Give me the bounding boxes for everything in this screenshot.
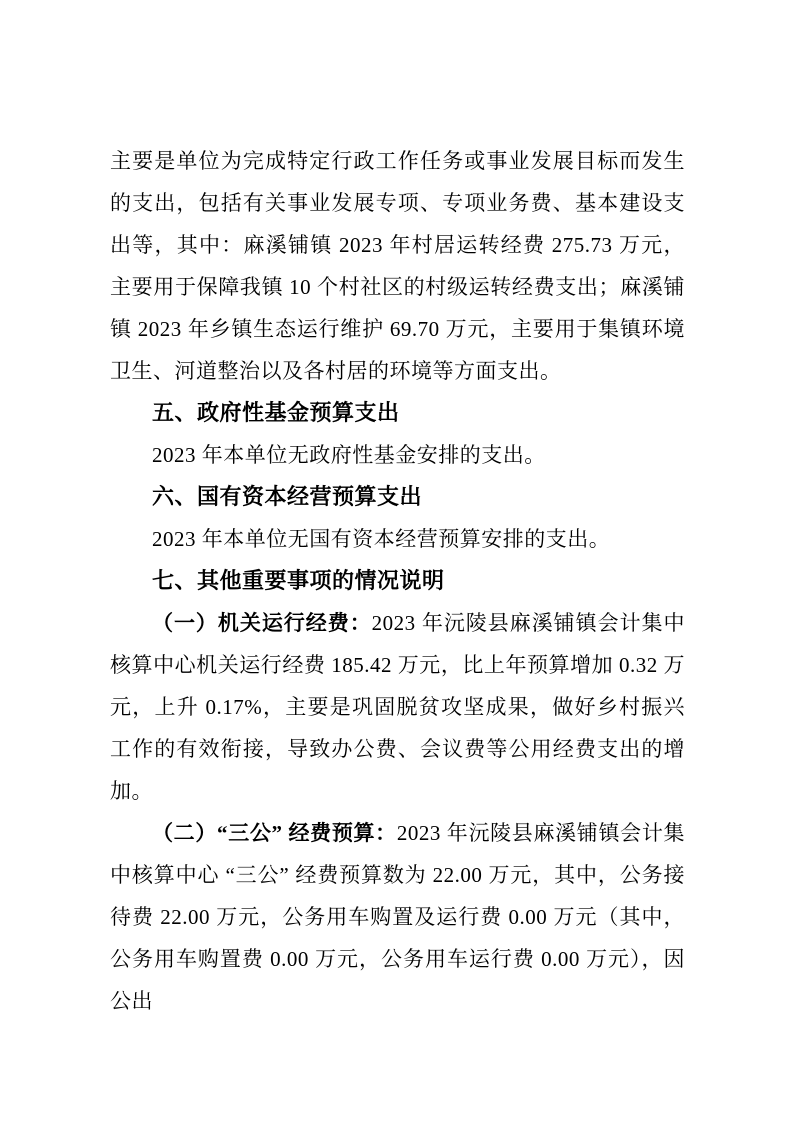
paragraph-agency-operating-expense: （一）机关运行经费：2023 年沅陵县麻溪铺镇会计集中核算中心机关运行经费 18… — [110, 602, 685, 812]
heading-section-7-other-matters: 七、其他重要事项的情况说明 — [110, 560, 685, 602]
paragraph-lead-three-public-budget: （二）“三公” 经费预算： — [152, 821, 397, 845]
paragraph-soe-no-expense: 2023 年本单位无国有资本经营预算安排的支出。 — [110, 518, 685, 560]
heading-section-6-soe-budget: 六、国有资本经营预算支出 — [110, 476, 685, 518]
paragraph-project-expense-continued: 主要是单位为完成特定行政工作任务或事业发展目标而发生的支出，包括有关事业发展专项… — [110, 140, 685, 392]
paragraph-text-three-public-budget: 2023 年沅陵县麻溪铺镇会计集中核算中心 “三公” 经费预算数为 22.00 … — [110, 821, 685, 1013]
document-body: 主要是单位为完成特定行政工作任务或事业发展目标而发生的支出，包括有关事业发展专项… — [110, 140, 685, 1022]
heading-section-5-govfund-budget: 五、政府性基金预算支出 — [110, 392, 685, 434]
paragraph-three-public-budget: （二）“三公” 经费预算：2023 年沅陵县麻溪铺镇会计集中核算中心 “三公” … — [110, 812, 685, 1022]
paragraph-text-agency-operating-expense: 2023 年沅陵县麻溪铺镇会计集中核算中心机关运行经费 185.42 万元，比上… — [110, 611, 685, 803]
document-page: 主要是单位为完成特定行政工作任务或事业发展目标而发生的支出，包括有关事业发展专项… — [0, 0, 793, 1122]
paragraph-govfund-no-expense: 2023 年本单位无政府性基金安排的支出。 — [110, 434, 685, 476]
paragraph-lead-agency-operating-expense: （一）机关运行经费： — [152, 611, 372, 635]
